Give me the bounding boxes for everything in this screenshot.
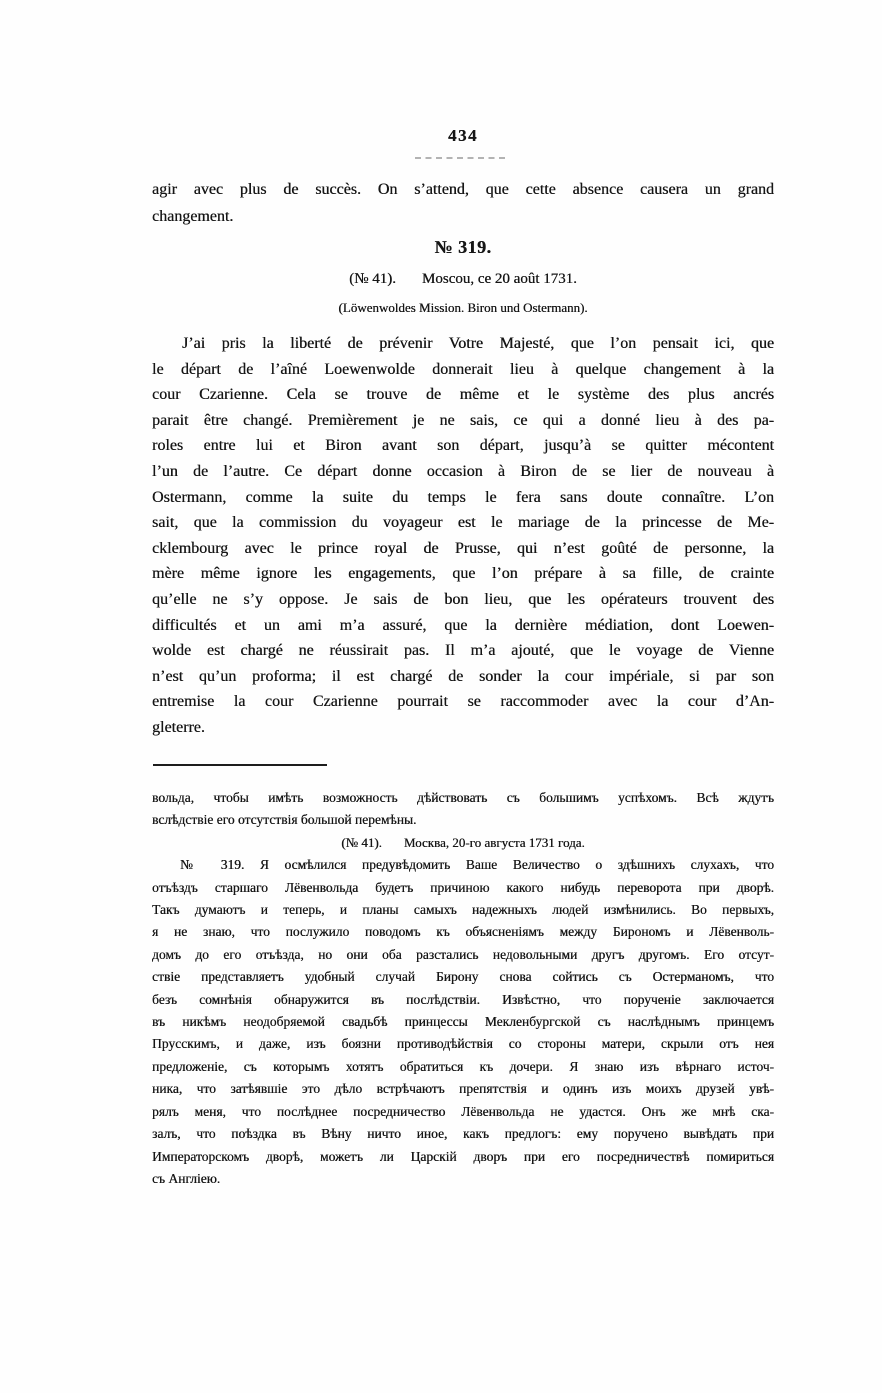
text-line: Прусскимъ, и даже, изъ боязни противодѣй… <box>152 1033 774 1055</box>
text-line: залъ, что поѣздка въ Вѣну ничто иное, ка… <box>152 1123 774 1145</box>
text-line: cour Czarienne. Cela se trouve de même e… <box>152 382 774 408</box>
page-number: 434 <box>152 126 774 146</box>
text-line: отъѣздъ старшаго Лёвенвольда будетъ прич… <box>152 877 774 899</box>
entry-dateline-ref: (№ 41). <box>349 271 396 287</box>
text-line: рялъ меня, что послѣднее посредничество … <box>152 1101 774 1123</box>
text-line: le départ de l’aîné Loewenwolde donnerai… <box>152 357 774 383</box>
text-line: difficultés et un ami m’a assuré, que la… <box>152 613 774 639</box>
text-line: sait, que la commission du voyageur est … <box>152 510 774 536</box>
text-line: roles entre lui et Biron avant son dépar… <box>152 433 774 459</box>
footnote-block: вольда, чтобы имѣть возможность дѣйствов… <box>152 787 774 1190</box>
intro-paragraph: agir avec plus de succès. On s’attend, q… <box>152 176 774 230</box>
footnote-separator-rule <box>153 764 327 766</box>
text-line: въ никѣмъ неодобряемой свадьбѣ принцессы… <box>152 1011 774 1033</box>
text-line: J’ai pris la liberté de prévenir Votre M… <box>152 331 774 357</box>
footnote-dateline-place-date: Москва, 20-го августа 1731 года. <box>404 835 585 850</box>
text-line: Ostermann, comme la suite du temps le fe… <box>152 485 774 511</box>
text-line: домъ до его отъѣзда, но они оба разстали… <box>152 944 774 966</box>
book-page: 434 agir avec plus de succès. On s’atten… <box>0 0 882 1393</box>
text-line: changement. <box>152 203 774 230</box>
text-line: parait être changé. Premièrement je ne s… <box>152 408 774 434</box>
letter-body: J’ai pris la liberté de prévenir Votre M… <box>152 331 774 741</box>
entry-dateline: (№ 41).Moscou, ce 20 août 1731. <box>152 271 774 288</box>
text-line: qu’elle ne s’y oppose. Je sais de bon li… <box>152 587 774 613</box>
text-line: № 319. Я осмѣлился предувѣдомить Ваше Ве… <box>152 854 774 876</box>
footnote-dateline-ref: (№ 41). <box>341 835 382 850</box>
text-line: вольда, чтобы имѣть возможность дѣйствов… <box>152 787 774 809</box>
text-line: Императорскомъ дворѣ, можетъ ли Царскій … <box>152 1146 774 1168</box>
text-line: предложеніе, съ которымъ хотятъ обратить… <box>152 1056 774 1078</box>
text-line: agir avec plus de succès. On s’attend, q… <box>152 176 774 203</box>
text-line: cklembourg avec le prince royal de Pruss… <box>152 536 774 562</box>
text-line: вслѣдствіе его отсутствія большой перемѣ… <box>152 809 774 831</box>
text-line: gleterre. <box>152 715 774 741</box>
text-line: Такъ думаютъ и теперь, и планы самыхъ на… <box>152 899 774 921</box>
text-line: безъ сомнѣнія обнаружится въ послѣдствіи… <box>152 989 774 1011</box>
text-line: n’est qu’un proforma; il est chargé de s… <box>152 664 774 690</box>
text-line: съ Англіею. <box>152 1168 774 1190</box>
text-line: ствіе представляетъ удобный случай Бирон… <box>152 966 774 988</box>
footnote-dateline: (№ 41).Москва, 20-го августа 1731 года. <box>152 832 774 854</box>
text-line: entremise la cour Czarienne pourrait se … <box>152 689 774 715</box>
entry-subject: (Löwenwoldes Mission. Biron und Osterman… <box>152 300 774 316</box>
footnote-body: № 319. Я осмѣлился предувѣдомить Ваше Ве… <box>152 854 774 1190</box>
text-line: ника, что затѣявшіе это дѣло встрѣчаютъ … <box>152 1078 774 1100</box>
text-line: wolde est chargé ne réussirait pas. Il m… <box>152 638 774 664</box>
text-line: я не знаю, что послужило поводомъ къ объ… <box>152 921 774 943</box>
text-line: l’un de l’autre. Ce départ donne occasio… <box>152 459 774 485</box>
page-number-rule <box>415 157 505 159</box>
text-line: mère même ignore les engagements, que l’… <box>152 561 774 587</box>
entry-dateline-place-date: Moscou, ce 20 août 1731. <box>422 271 577 287</box>
footnote-continuation: вольда, чтобы имѣть возможность дѣйствов… <box>152 787 774 832</box>
entry-number-heading: № 319. <box>152 237 774 258</box>
